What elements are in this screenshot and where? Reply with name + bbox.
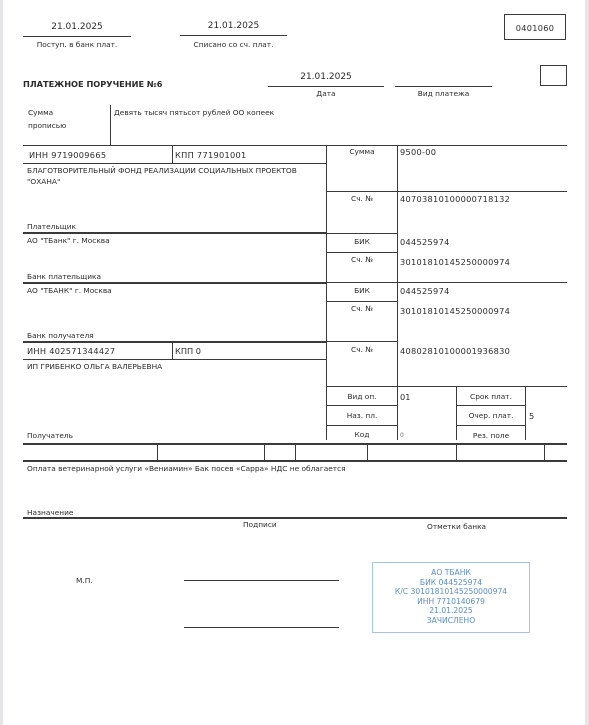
- code-label: Код: [327, 431, 397, 438]
- payer-account-label: Сч. №: [327, 195, 397, 202]
- stamp-date: 21.01.2025: [373, 606, 529, 616]
- payer-bank-label: Банк плательщика: [27, 273, 101, 280]
- payee-kpp: КПП 0: [175, 347, 201, 355]
- received-date-label: Поступ. в банк плат.: [23, 41, 131, 48]
- priority-label: Очер. плат.: [457, 412, 525, 419]
- grid-line: [544, 444, 545, 460]
- payer-bank-account-label: Сч. №: [327, 256, 397, 263]
- document-date-line: [268, 86, 384, 87]
- form-code-box: 0401060: [504, 14, 566, 40]
- payee-bank-account-label: Сч. №: [327, 305, 397, 312]
- payee-name: ИП ГРИБЕНКО ОЛЬГА ВАЛЕРЬЕВНА: [27, 363, 162, 370]
- grid-line: [23, 460, 567, 462]
- grid-line: [23, 163, 327, 164]
- grid-line: [327, 405, 397, 406]
- grid-line: [397, 145, 398, 440]
- stamp-status: ЗАЧИСЛЕНО: [373, 616, 529, 626]
- bank-stamp: АО ТБАНК БИК 044525974 К/С 3010181014525…: [372, 562, 530, 633]
- stamp-bank-name: АО ТБАНК: [373, 568, 529, 578]
- payee-account-label: Сч. №: [327, 346, 397, 353]
- stamp-bik: БИК 044525974: [373, 578, 529, 588]
- grid-line: [457, 405, 525, 406]
- grid-line: [23, 145, 567, 146]
- payer-bank-bik-label: БИК: [327, 238, 397, 245]
- payment-purpose-text: Оплата ветеринарной услуги «Вениамин» Ба…: [27, 465, 346, 472]
- signature-line-2: [184, 627, 339, 628]
- payer-label: Плательщик: [27, 223, 76, 230]
- amount-words-divider: [110, 105, 111, 145]
- amount-label: Сумма: [327, 148, 397, 155]
- grid-line: [327, 341, 397, 342]
- amount-words-label-2: прописью: [28, 122, 66, 129]
- reserve-field-label: Рез. поле: [457, 432, 525, 439]
- payee-bank-name: АО "ТБАНК" г. Москва: [27, 287, 112, 294]
- payee-bank-label: Банк получателя: [27, 332, 94, 339]
- amount-value: 9500-00: [400, 148, 436, 156]
- op-type-label: Вид оп.: [327, 393, 397, 400]
- debited-date: 21.01.2025: [180, 22, 287, 31]
- grid-line: [327, 425, 397, 426]
- bank-marks-label: Отметки банка: [427, 523, 486, 530]
- payment-type-label: Вид платежа: [395, 90, 492, 97]
- payer-status-box: [540, 65, 567, 86]
- payer-account-value: 40703810100000718132: [400, 195, 510, 203]
- document-title: ПЛАТЕЖНОЕ ПОРУЧЕНИЕ №6: [23, 80, 162, 88]
- grid-line: [157, 444, 158, 460]
- grid-line: [23, 359, 327, 360]
- payer-name-line-2: "ОХАНА": [27, 178, 60, 185]
- op-type-value: 01: [400, 393, 410, 401]
- payee-bank-bik-label: БИК: [327, 287, 397, 294]
- amount-words-value: Девять тысяч пятьсот рублей ОО копеек: [114, 109, 274, 116]
- payer-name-line-1: БЛАГОТВОРИТЕЛЬНЫЙ ФОНД РЕАЛИЗАЦИИ СОЦИАЛ…: [27, 167, 297, 174]
- received-date: 21.01.2025: [23, 23, 131, 32]
- payee-account-value: 40802810100001936830: [400, 347, 510, 355]
- grid-line: [295, 444, 296, 460]
- amount-words-label-1: Сумма: [28, 109, 53, 116]
- payer-bank-bik-value: 044525974: [400, 238, 450, 246]
- form-code: 0401060: [505, 24, 565, 32]
- grid-line: [367, 444, 368, 460]
- grid-line: [172, 341, 173, 359]
- payment-purpose-label: Назначение: [27, 509, 73, 516]
- payer-bank-account-value: 30101810145250000974: [400, 258, 510, 266]
- grid-line: [23, 341, 327, 343]
- stamp-corr-account: К/С 30101810145250000974: [373, 587, 529, 597]
- grid-line: [23, 232, 327, 234]
- seal-label: М.П.: [76, 577, 93, 584]
- signatures-label: Подписи: [243, 521, 277, 528]
- grid-line: [264, 444, 265, 460]
- due-date-label: Срок плат.: [457, 393, 525, 400]
- payee-label: Получатель: [27, 432, 73, 439]
- payer-bank-name: АО "ТБанк" г. Москва: [27, 237, 110, 244]
- grid-line: [525, 386, 526, 440]
- priority-value: 5: [529, 412, 534, 420]
- payee-bank-account-value: 30101810145250000974: [400, 307, 510, 315]
- payment-type-line: [395, 86, 492, 87]
- signature-line-1: [184, 580, 339, 581]
- grid-line: [457, 425, 525, 426]
- page-right-edge: [585, 0, 589, 725]
- grid-line: [327, 386, 567, 387]
- payer-kpp: КПП 771901001: [175, 151, 247, 159]
- payee-bank-bik-value: 044525974: [400, 287, 450, 295]
- grid-line: [327, 191, 567, 192]
- received-date-line: [23, 36, 131, 37]
- grid-line: [327, 301, 397, 302]
- grid-line: [327, 233, 397, 234]
- payer-inn: ИНН 9719009665: [29, 151, 106, 159]
- purpose-code-label: Наз. пл.: [327, 412, 397, 419]
- grid-line: [23, 517, 567, 519]
- payee-inn: ИНН 402571344427: [27, 347, 115, 355]
- document-date: 21.01.2025: [268, 73, 384, 82]
- grid-line: [172, 145, 173, 163]
- debited-date-line: [180, 35, 287, 36]
- page-left-edge: [0, 0, 3, 725]
- grid-line: [327, 282, 567, 283]
- document-date-label: Дата: [268, 90, 384, 97]
- debited-date-label: Списано со сч. плат.: [180, 41, 287, 48]
- grid-line: [23, 282, 327, 284]
- grid-line: [327, 252, 397, 253]
- stamp-inn: ИНН 7710140679: [373, 597, 529, 607]
- grid-line: [456, 444, 457, 460]
- code-value: 0: [400, 433, 404, 439]
